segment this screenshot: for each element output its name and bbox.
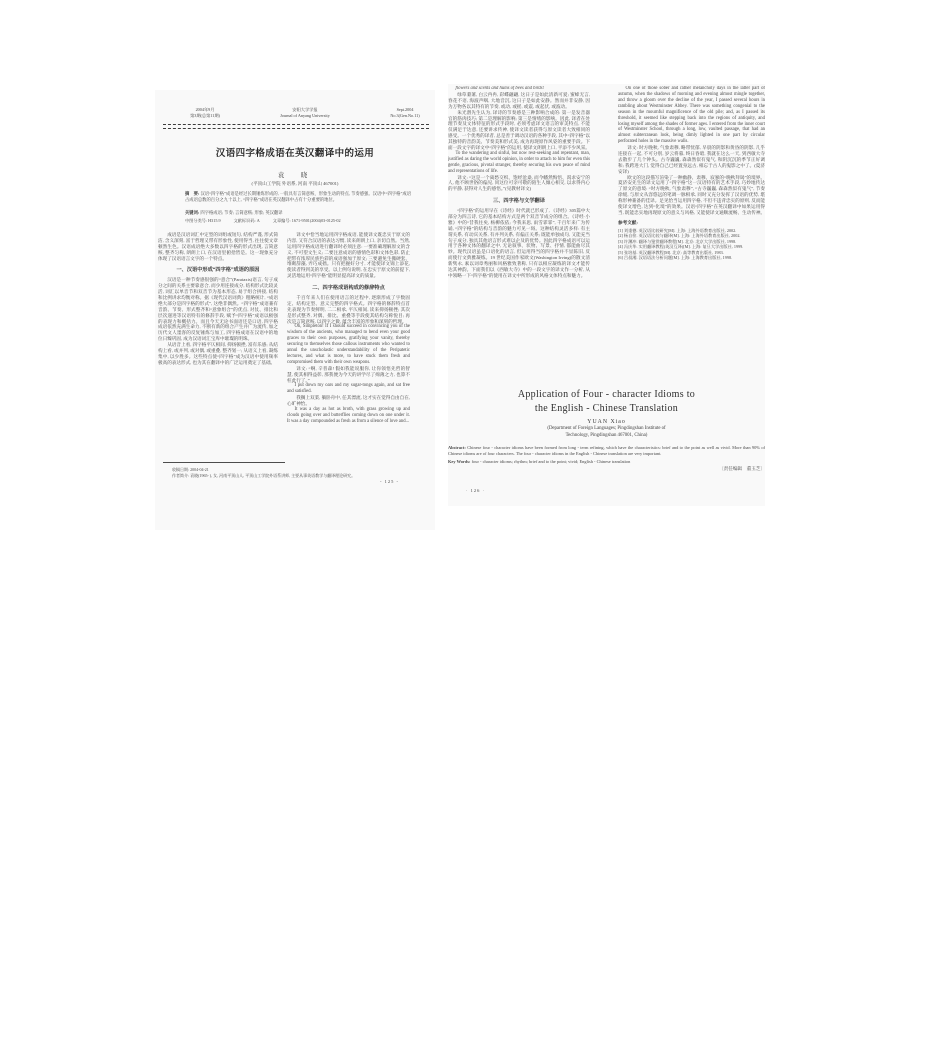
english-affiliation-line2: Technology, Pingdingshan 467001, China) [448,433,765,440]
keywords-label: 关键词: [185,210,199,215]
abstract-text: 汉语“四字格”成语是经过长期锤炼形成的, 一般具有言简意赅、形象生动的特点, 节… [185,191,411,202]
english-keywords-label: Key Words: [448,459,470,464]
text-column-b: 译文中恰当地运用四字格成语, 能使译文既忠实于原文的内容, 又符合汉语的表达习惯… [287,232,410,460]
abstract-cn: 摘 要: 汉语“四字格”成语是经过长期锤炼形成的, 一般具有言简意赅、形象生动的… [185,191,411,203]
english-abstract-label: Abstract: [448,445,466,450]
header-divider-rule [163,124,429,129]
journal-header-title: 安阳大学学报 Journal of Anyang University [250,107,360,120]
page-left: 2004年9月 第3期(总第11期) 安阳大学学报 Journal of Any… [155,90,435,530]
english-abstract: Abstract: Chinese four - character idiom… [448,445,765,458]
english-paragraph: I put down my oars and my sugar-tongs ag… [287,383,410,395]
paragraph: 从语音上看, 四字格平仄相间, 抑扬顿挫, 富有乐感; 从结构上看, 或并列, … [158,342,278,366]
english-paragraph: On one of those sober and rather melanch… [618,86,765,145]
paragraph: 译文中恰当地运用四字格成语, 能使译文既忠实于原文的内容, 又符合汉语的表达习惯… [287,232,410,279]
paragraph: 绿草萋萋, 白云冉冉, 彩蝶翩翩, 这日子是如此清新可爱; 蜜蜂无言, 春花不语… [448,92,590,110]
english-title-block: Application of Four - character Idioms t… [448,388,765,472]
paragraph: 译文: 时方晚秋, 气象肃穆, 略带忧郁, 早晨的阴影和黄昏的阴影, 几乎连接在… [618,145,765,174]
english-abstract-text: Chinese four - character idioms have bee… [448,445,765,456]
abstract-label: 摘 要: [185,191,199,196]
english-title: Application of Four - character Idioms t… [448,388,765,416]
english-title-line2: the English - Chinese Translation [448,402,765,416]
article-title: 汉语四字格成语在英汉翻译中的运用 [155,145,435,159]
paragraph: 欧文的这段描写渲染了一种幽静、肃穆、寂寥的“晚秋拜谒”的境界。夏济安先生的译文运… [618,175,765,216]
header-issue-cn: 第3期(总第11期) [169,113,241,119]
reference-item: [6] 吕叔湘. 汉语语法分析问题[M]. 上海: 上海教育出版社, 1998. [618,255,765,260]
journal-header-issue: Sept.2004 No.3(Gen.No.11) [377,107,433,120]
paragraph: 成语是汉语词汇中定型的词组或短句, 结构严谨, 形式简洁, 含义深刻, 富于哲理… [158,232,278,261]
paragraph: 朱光潜先生认为, 译诗的节奏感是三种影响合成的: 第一是发音器官的筋肉技巧; 第… [448,110,590,151]
classification-line: 中图分类号: H315.9 文献标识码: A 文章编号: 1671-9501(2… [185,218,411,224]
english-affiliation: (Department of Foreign Languages; Pingdi… [448,426,765,440]
keywords-text: 四字格成语; 节奏; 言简意赅; 形象; 英汉翻译 [200,210,282,215]
english-paragraph: Oh, Simpleton! If I should succeed in co… [287,324,410,365]
footnote-rule [163,462,285,463]
page-number-left: - 125 - [380,479,399,484]
english-keywords-text: four - character idioms; rhythm; brief a… [472,459,631,464]
journal-name-en: Journal of Anyang University [250,113,360,119]
header-issue-en: No.3(Gen.No.11) [377,113,433,119]
reference-item: [4] 冯庆华. 实用翻译教程(英汉互译)[M]. 上海: 复旦大学出版社, 1… [618,244,765,249]
text-column-a: 成语是汉语词汇中定型的词组或短句, 结构严谨, 形式简洁, 含义深刻, 富于哲理… [158,232,278,460]
author-name: 袁 晓 [155,170,435,179]
paragraph: 我搁上双桨, 躺卧舟中, 任其漂流, 这才实在觉得自由自在, 心旷神怡。 [287,395,410,407]
author-affiliation: (平顶山工学院 外语系, 河南 平顶山 467001) [155,181,435,187]
section-heading: 三、四字格与文学翻译 [448,197,590,204]
footnote-block: 收稿日期: 2004-04-21 作者简介: 袁晓(1965- ), 女, 河南… [172,467,424,480]
paragraph: 译文: “这是一个离愁交织、饱经沧桑, 而今幡然悔悟、渴求安宁的人, 他不顾世俗… [448,175,590,193]
document-code: 文献标识码: A [234,218,260,224]
text-column-d: On one of those sober and rather melanch… [618,86,765,388]
paragraph: 汉语是一种节奏感很强的“意合”(Parataxis)语言, 句子成分之间的关系主… [158,277,278,342]
scanned-document: 2004年9月 第3期(总第11期) 安阳大学学报 Journal of Any… [0,0,945,1057]
english-author: YUAN Xiao [448,419,765,425]
keywords-cn: 关键词: 四字格成语; 节奏; 言简意赅; 形象; 英汉翻译 [185,210,411,216]
page-number-right: · 126 · [466,488,485,493]
clc-number: 中图分类号: H315.9 [185,218,221,224]
paragraph: 译文: “啊, 辛普森! 假如我能说服你, 让你领悟先哲的智慧, 使其相得益彰,… [287,366,410,384]
article-id: 文章编号: 1671-9501(2004)03-0125-02 [273,218,341,224]
journal-header-date: 2004年9月 第3期(总第11期) [169,107,241,120]
page-right: flowers and scents and hums of bees and … [448,84,765,506]
english-paragraph: To the wandering and sinful, but now res… [448,151,590,175]
english-affiliation-line1: (Department of Foreign Languages; Pingdi… [448,426,765,433]
english-title-line1: Application of Four - character Idioms t… [448,388,765,402]
section-heading: 二、四字格成语构成的修辞特点 [287,284,410,291]
english-paragraph: It was a day as hot as broth, with grass… [287,407,410,425]
references-heading: 参考文献: [618,220,765,226]
english-keywords: Key Words: four - character idioms; rhyt… [448,459,765,464]
section-heading: 一、汉语中形成“四字格”成语的原因 [158,266,278,273]
editor-note: 〔责任编辑 董玉芝〕 [448,466,765,472]
paragraph: “四字格”的运用早在《诗经》时代就已形成了, 《诗经》305篇中大部分为四言诗,… [448,208,590,279]
paragraph: 千百年来人们在使用语言的过程中, 逐渐形成了字数固定、结构定型、意义完整的四字格… [287,295,410,324]
